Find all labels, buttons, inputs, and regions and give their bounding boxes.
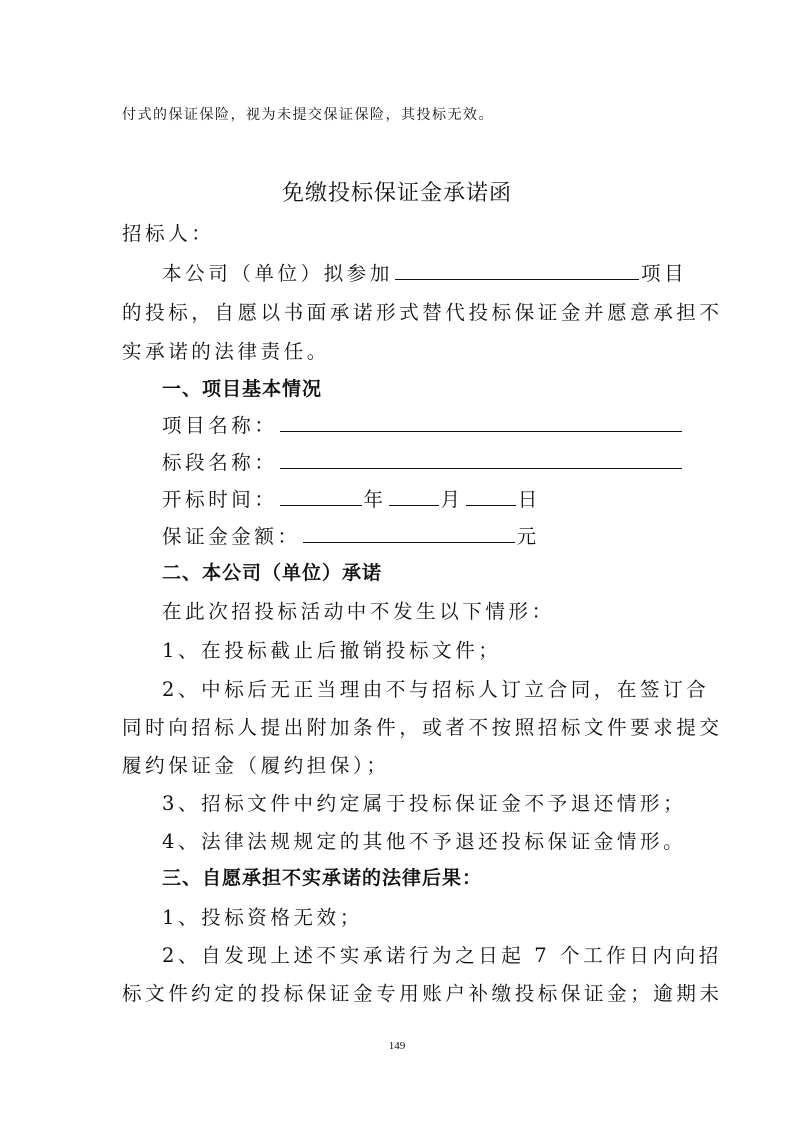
section2-item-2-line-2: 同时向招标人提出附加条件，或者不按照招标文件要求提交 [122,712,723,740]
lot-name-field[interactable] [280,450,682,469]
section2-item-1: 1、在投标截止后撤销投标文件； [162,635,501,663]
project-name-field[interactable] [280,413,682,432]
document-title: 免缴投标保证金承诺函 [0,176,794,207]
section3-item-1: 1、投标资格无效； [162,902,363,930]
page-number: 149 [0,1040,794,1052]
addressee: 招标人： [122,218,214,246]
section3-item-2-line-1: 2、自发现上述不实承诺行为之日起 7 个工作日内向招 [162,940,722,968]
day-field[interactable] [466,487,516,506]
section2-item-2-line-1: 2、中标后无正当理由不与招标人订立合同，在签订合 [162,674,709,702]
month-label: 月 [441,488,464,511]
intro-line-3: 实承诺的法律责任。 [122,336,330,364]
year-label: 年 [364,488,387,511]
intro-suffix: 项目 [641,262,687,285]
section2-item-2-line-3: 履约保证金（履约担保）； [122,750,389,778]
section3-item-2-line-2: 标文件约定的投标保证金专用账户补缴投标保证金；逾期未 [122,978,723,1006]
lot-name-row: 标段名称： [162,447,684,475]
section2-lead: 在此次招投标活动中不发生以下情形： [162,596,555,624]
carryover-text: 付式的保证保险，视为未提交保证保险，其投标无效。 [122,104,494,124]
deposit-amount-label: 保证金金额： [162,525,301,548]
intro-prefix: 本公司（单位）拟参加 [162,262,393,285]
section2-item-4: 4、法律法规规定的其他不予退还投标保证金情形。 [162,826,686,854]
intro-line-2: 的投标，自愿以书面承诺形式替代投标保证金并愿意承担不 [122,297,723,325]
project-name-label: 项目名称： [162,414,278,437]
project-name-row: 项目名称： [162,410,684,438]
opening-time-label: 开标时间： [162,488,278,511]
deposit-unit: 元 [517,525,540,548]
intro-line-1: 本公司（单位）拟参加项目 [162,258,687,286]
deposit-amount-row: 保证金金额：元 [162,521,540,549]
day-label: 日 [518,488,541,511]
section3-heading: 三、自愿承担不实承诺的法律后果： [162,863,482,890]
opening-time-row: 开标时间：年月日 [162,484,541,512]
section2-item-3: 3、招标文件中约定属于投标保证金不予退还情形； [162,788,686,816]
year-field[interactable] [280,487,362,506]
month-field[interactable] [389,487,439,506]
lot-name-label: 标段名称： [162,451,278,474]
deposit-amount-field[interactable] [303,524,515,543]
project-blank-input[interactable] [395,261,639,280]
section2-heading: 二、本公司（单位）承诺 [162,558,382,585]
section1-heading: 一、项目基本情况 [162,374,322,401]
